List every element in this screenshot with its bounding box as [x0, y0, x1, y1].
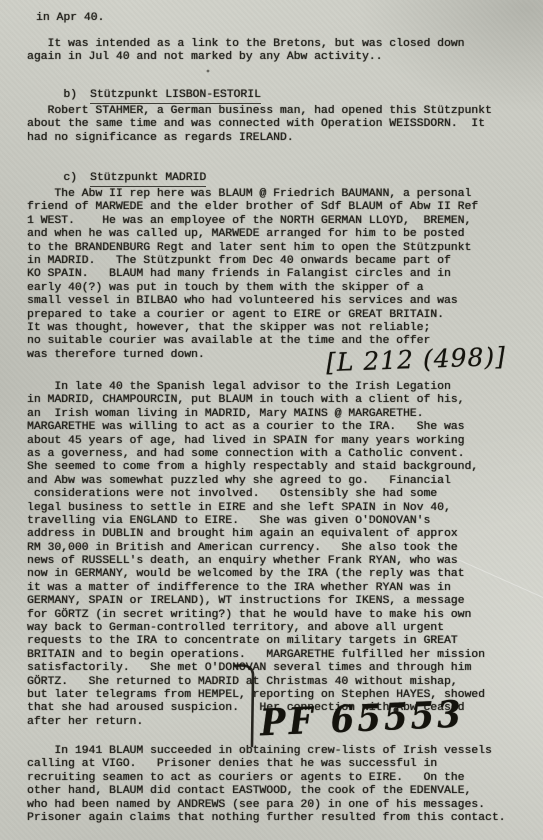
text-line: recruiting seamen to act as couriers or … [27, 772, 506, 785]
text-line: legal business to settle in EIRE and she… [27, 502, 485, 515]
text-line: In late 40 the Spanish legal advisor to … [27, 381, 485, 394]
section-title: Stützpunkt MADRID [90, 172, 206, 187]
paragraph-bretons-link: It was intended as a link to the Bretons… [27, 38, 464, 65]
text-line: satisfactorily. She met O'DONOVAN severa… [27, 662, 485, 675]
text-line: and when he was called up, MARWEDE arran… [27, 228, 478, 241]
text-line: in Apr 40. [36, 12, 104, 25]
text-line: 1 WEST. He was an employee of the NORTH … [27, 215, 478, 228]
text-line: She seemed to come from a highly respect… [27, 461, 485, 474]
text-line: GERMANY, SPAIN or IRELAND), WT instructi… [27, 595, 485, 608]
text-line: and Abw was somewhat puzzled why she agr… [27, 475, 485, 488]
text-line: it was a matter of indifference to the I… [27, 582, 485, 595]
text-line: BRITAIN and to begin operations. MARGARE… [27, 649, 485, 662]
text-line: considerations were not involved. Ostens… [27, 488, 485, 501]
paragraph-blaum-madrid: The Abw II rep here was BLAUM @ Friedric… [27, 188, 478, 362]
text-line: way back to German-controlled territory,… [27, 622, 485, 635]
text-line: travelling via ENGLAND to EIRE. She was … [27, 515, 485, 528]
handwritten-margin-reference: [L 212 (498)] [326, 342, 507, 377]
text-line: Robert STAHMER, a German business man, h… [27, 105, 492, 118]
text-line: early 40(?) was put in touch by them wit… [27, 282, 478, 295]
text-line: an Irish woman living in MADRID, Mary MA… [27, 408, 485, 421]
text-line: now in GERMANY, would be welcomed by the… [27, 568, 485, 581]
text-line: MARGARETHE was willing to act as a couri… [27, 421, 485, 434]
paragraph-vigo-crewlists: In 1941 BLAUM succeeded in obtaining cre… [27, 745, 506, 825]
paragraph-stahmer: Robert STAHMER, a German business man, h… [27, 105, 492, 145]
text-line: who had been named by ANDREWS (see para … [27, 799, 506, 812]
text-line: in MADRID. The Stützpunkt from Dec 40 on… [27, 255, 478, 268]
text-line: had no significance as regards IRELAND. [27, 132, 492, 145]
section-label: c) [63, 172, 77, 184]
text-line: news of RUSSELL's death, an enquiry whet… [27, 555, 485, 568]
text-line: KO SPAIN. BLAUM had many friends in Fala… [27, 268, 478, 281]
paragraph-margarethe-mission: In late 40 the Spanish legal advisor to … [27, 381, 485, 729]
text-line: It was thought, however, that the skippe… [27, 322, 478, 335]
paragraph-apr40: in Apr 40. [36, 12, 104, 25]
handwritten-file-number: PF 65553 [259, 693, 465, 745]
text-line: small vessel in BILBAO who had volunteer… [27, 295, 478, 308]
document-page: in Apr 40. It was intended as a link to … [0, 0, 543, 840]
text-line: again in Jul 40 and not marked by any Ab… [27, 51, 464, 64]
text-line: requests to the IRA to concentrate on mi… [27, 635, 485, 648]
text-line: as a governess, and had some connection … [27, 448, 485, 461]
text-line: for GÖRTZ (in secret writing?) that he w… [27, 609, 485, 622]
section-title: Stützpunkt LISBON-ESTORIL [90, 89, 261, 104]
text-line: about 45 years of age, had lived in SPAI… [27, 435, 485, 448]
text-line: about the same time and was connected wi… [27, 118, 492, 131]
text-line: It was intended as a link to the Bretons… [27, 38, 464, 51]
text-line: GÖRTZ. She returned to MADRID at Christm… [27, 676, 485, 689]
text-line: prepared to take a courier or agent to E… [27, 309, 478, 322]
text-line: The Abw II rep here was BLAUM @ Friedric… [27, 188, 478, 201]
text-line: In 1941 BLAUM succeeded in obtaining cre… [27, 745, 506, 758]
text-line: in MADRID, CHAMPOURCIN, put BLAUM in tou… [27, 394, 485, 407]
text-line: friend of MARWEDE and the elder brother … [27, 201, 478, 214]
text-line: to the BRANDENBURG Regt and later sent h… [27, 242, 478, 255]
text-line: RM 30,000 in British and American curren… [27, 542, 485, 555]
text-line: other hand, BLAUM did contact EASTWOOD, … [27, 785, 506, 798]
text-line: Prisoner again claims that nothing furth… [27, 812, 506, 825]
text-line: calling at VIGO. Prisoner denies that he… [27, 758, 506, 771]
section-label: b) [63, 89, 77, 101]
